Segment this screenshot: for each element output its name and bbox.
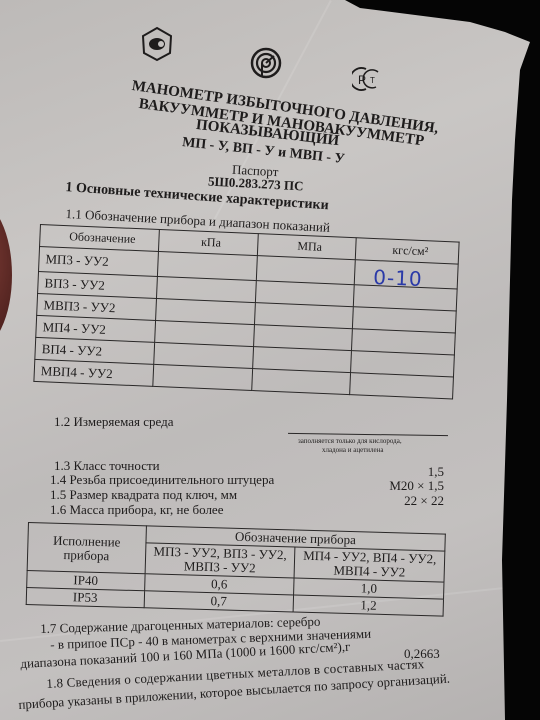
mpa-cell [251,369,351,395]
medium-note: хладона и ацетилена [322,446,383,454]
subsection-1-2: 1.2 Измеряемая среда [54,414,173,430]
handwritten-range: 0-10 [373,265,423,291]
kgf-cell: 0-10 [354,260,458,289]
column-header: Исполнение прибора [27,523,146,574]
rst-certification-mark-icon: P T [352,66,382,92]
kpa-cell [153,364,253,390]
spec-label: 1.6 Масса прибора, кг, не более [50,502,223,518]
designation-cell: МВП4 - УУ2 [34,359,154,386]
spec-label: 1.4 Резьба присоединительного штуцера [50,472,274,488]
execution-cell: IP53 [26,587,144,607]
gost-standard-mark-icon [140,26,174,62]
column-header: МП4 - УУ2, ВП4 - УУ2, МВП4 - УУ2 [294,547,445,582]
kgf-cell [350,373,454,399]
medium-fill-line [288,433,448,436]
mass-table: Исполнение прибора Обозначение прибора М… [26,522,446,617]
spec-value: М20 × 1,5 [389,478,444,494]
column-header: МП3 - УУ2, ВП3 - УУ2, МВП3 - УУ2 [145,543,296,578]
range-table: Обозначение кПа МПа кгс/см² МП3 - УУ2 0-… [33,224,459,399]
manometer-factory-emblem-icon [250,46,282,80]
spec-value: 22 × 22 [404,493,444,509]
passport-document: P T МАНОМЕТР ИЗБЫТОЧНОГО ДАВЛЕНИЯ, ВАКУУ… [0,0,540,720]
mass-cell: 0,7 [144,591,294,612]
svg-text:T: T [370,76,375,85]
medium-note: заполняется только для кислорода, [298,437,402,445]
spec-label: 1.5 Размер квадрата под ключ, мм [50,487,237,503]
